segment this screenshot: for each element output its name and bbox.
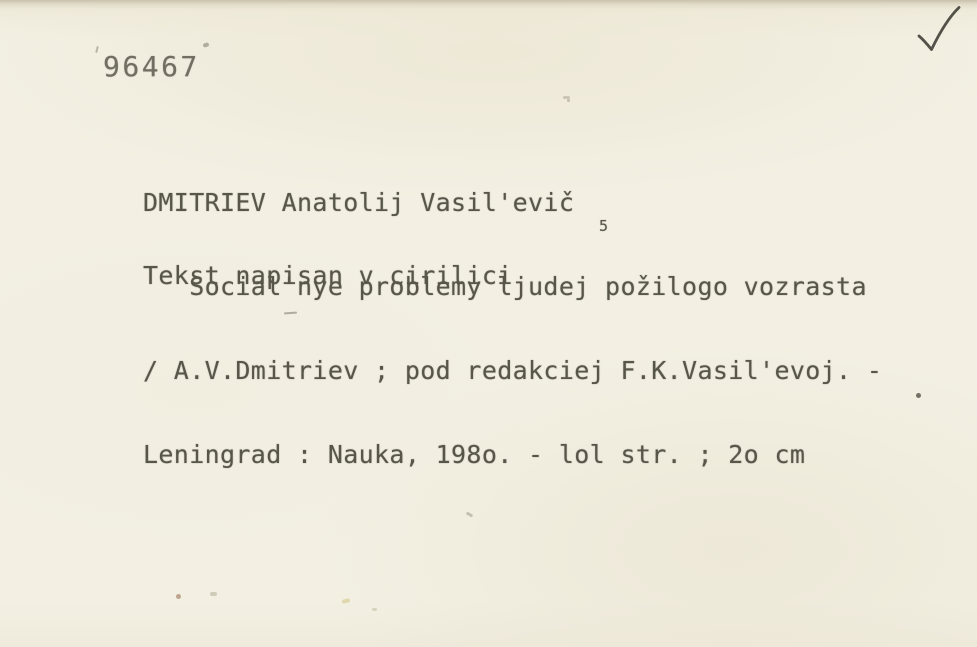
brown-speck — [176, 594, 181, 599]
grey-speck — [210, 592, 217, 596]
entry-statement-line: / A.V.Dmitriev ; pod redakciej F.K.Vasil… — [143, 357, 882, 385]
bibliographic-entry: DMITRIEV Anatolij Vasil'evič Social'nye … — [143, 133, 882, 525]
yellow-speck — [342, 598, 351, 604]
entry-imprint-line: Leningrad : Nauka, 198o. - lol str. ; 2o… — [143, 441, 882, 469]
typed-correction-mark: 5 — [599, 217, 608, 235]
accession-number: 96467 — [103, 50, 200, 83]
checkmark-icon — [916, 5, 962, 55]
catalog-card: 96467 DMITRIEV Anatolij Vasil'evič Socia… — [0, 0, 977, 647]
bottom-mid-speck — [372, 608, 377, 611]
language-note: Tekst napisan v cirilici — [143, 261, 513, 290]
entry-heading-line: DMITRIEV Anatolij Vasil'evič — [143, 189, 882, 217]
scan-top-edge — [0, 0, 977, 9]
tick-blemish — [203, 42, 210, 48]
apostrophe-blemish — [95, 46, 99, 53]
ink-dot-speck — [916, 393, 921, 398]
mid-dot-speck — [567, 99, 570, 102]
